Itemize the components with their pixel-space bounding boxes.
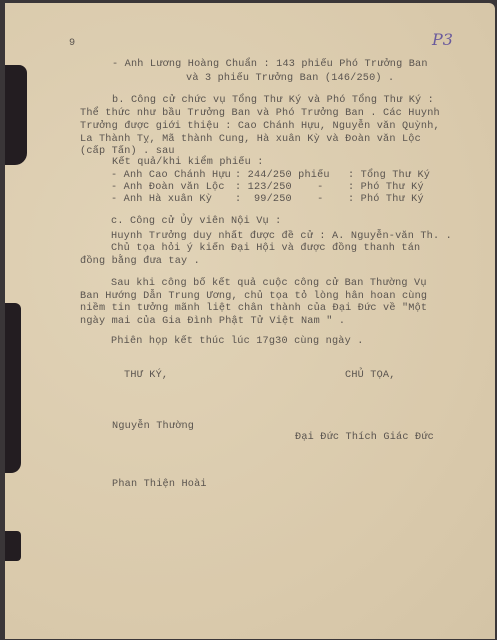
text-line: La Thành Tỵ, Mã thành Cung, Hà xuân Kỳ v… [80,134,421,145]
section-heading-b: b. Công cử chức vụ Tổng Thư Ký và Phó Tổ… [112,95,434,106]
text-line: - Anh Lương Hoàng Chuẩn : 143 phiếu Phó … [112,59,428,70]
result-name: - Anh Hà xuân Kỳ [111,194,212,205]
chair-name: Đại Đức Thích Giác Đức [295,432,434,443]
closing-line: Phiên họp kết thúc lúc 17g30 cùng ngày . [111,336,364,347]
text-line: Thể thức như bầu Trưởng Ban và Phó Trưởn… [80,108,440,119]
text-line: đồng bằng đưa tay . [80,256,200,267]
text-line: Huynh Trưởng duy nhất được đề cử : A. Ng… [111,231,452,242]
section-heading-c: c. Công cử Ủy viên Nội Vụ : [111,216,281,227]
result-role: : Tổng Thư Ký [348,170,430,181]
result-role: : Phó Thư Ký [348,194,424,205]
handwritten-page-mark: P3 [432,30,453,49]
result-name: - Anh Cao Chánh Hựu [111,170,231,181]
torn-edge [5,531,21,561]
result-votes: : 244/250 phiếu [235,170,330,181]
text-line: niềm tin tưởng mãnh liệt chân thành của … [80,303,427,314]
chair-title: CHỦ TỌA, [345,370,396,381]
text-line: Sau khi công bố kết quả cuộc công cử Ban… [111,278,427,289]
text-line: Kết quả/khi kiểm phiếu : [112,157,264,168]
secretary-name: Nguyễn Thường [112,421,194,432]
text-line: Ban Hướng Dẫn Trung Ương, chủ tọa tỏ lòn… [80,291,427,302]
result-role: : Phó Thư Ký [348,182,424,193]
result-votes: : 123/250 - [235,182,323,193]
secretary-title: THƯ KÝ, [124,370,168,381]
torn-edge [5,303,21,473]
result-votes: : 99/250 - [235,194,323,205]
text-line: (cấp Tấn) . sau [80,146,175,157]
text-line: Chủ tọa hỏi ý kiến Đại Hội và được đồng … [111,243,420,254]
page-number: 9 [69,38,75,49]
document-page: 9 P3 - Anh Lương Hoàng Chuẩn : 143 phiếu… [5,3,495,639]
text-line: ngày mai của Gia Đình Phật Tử Việt Nam "… [80,316,345,327]
secretary-name: Phan Thiện Hoài [112,479,207,490]
text-line: và 3 phiếu Trưởng Ban (146/250) . [186,73,394,84]
result-name: - Anh Đoàn văn Lộc [111,182,225,193]
text-line: Trưởng được giới thiệu : Cao Chánh Hựu, … [80,121,440,132]
torn-edge [5,65,27,165]
